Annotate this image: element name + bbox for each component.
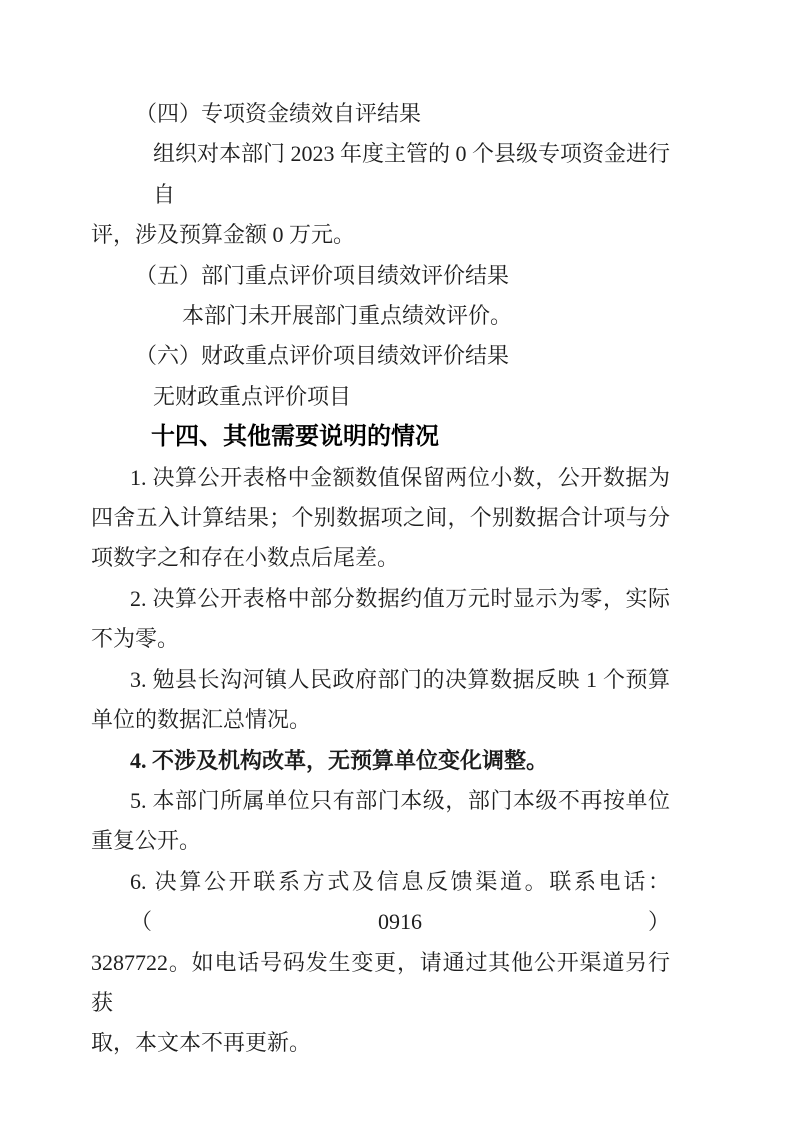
- text-line: 3. 勉县长沟河镇人民政府部门的决算数据反映 1 个预算: [91, 660, 670, 700]
- text-line: 5. 本部门所属单位只有部门本级，部门本级不再按单位: [91, 781, 670, 821]
- para-special-fund-self-eval: 组织对本部门 2023 年度主管的 0 个县级专项资金进行自评，涉及预算金额 0…: [91, 134, 670, 255]
- note-4-no-reform: 4. 不涉及机构改革，无预算单位变化调整。: [91, 741, 670, 781]
- note-5-no-duplicate: 5. 本部门所属单位只有部门本级，部门本级不再按单位重复公开。: [91, 781, 670, 862]
- text-line: （四）专项资金绩效自评结果: [91, 94, 670, 134]
- subheading-section-5: （五）部门重点评价项目绩效评价结果: [91, 256, 670, 296]
- text-line: 2. 决算公开表格中部分数据约值万元时显示为零，实际: [91, 579, 670, 619]
- text-line: 3287722。如电话号码发生变更，请通过其他公开渠道另行获: [91, 943, 670, 1024]
- text-line: 无财政重点评价项目: [91, 377, 670, 417]
- text-line: 十四、其他需要说明的情况: [91, 417, 670, 457]
- text-line: 四舍五入计算结果；个别数据项之间，个别数据合计项与分: [91, 498, 670, 538]
- note-3-budget-units: 3. 勉县长沟河镇人民政府部门的决算数据反映 1 个预算单位的数据汇总情况。: [91, 660, 670, 741]
- text-line: 重复公开。: [91, 821, 670, 861]
- text-line: 单位的数据汇总情况。: [91, 700, 670, 740]
- subheading-section-6: （六）财政重点评价项目绩效评价结果: [91, 336, 670, 376]
- text-line: 6. 决算公开联系方式及信息反馈渠道。联系电话：（0916）: [91, 862, 670, 943]
- chapter-heading-14: 十四、其他需要说明的情况: [91, 417, 670, 457]
- note-2-zero-display: 2. 决算公开表格中部分数据约值万元时显示为零，实际不为零。: [91, 579, 670, 660]
- note-1-rounding: 1. 决算公开表格中金额数值保留两位小数，公开数据为四舍五入计算结果；个别数据项…: [91, 458, 670, 579]
- text-line: 项数字之和存在小数点后尾差。: [91, 538, 670, 578]
- text-line: 4. 不涉及机构改革，无预算单位变化调整。: [91, 741, 670, 781]
- text-line: 组织对本部门 2023 年度主管的 0 个县级专项资金进行自: [91, 134, 670, 215]
- text-line: 本部门未开展部门重点绩效评价。: [91, 296, 670, 336]
- para-no-fiscal-key-eval: 无财政重点评价项目: [91, 377, 670, 417]
- text-line: 取，本文本不再更新。: [91, 1023, 670, 1063]
- document-body: （四）专项资金绩效自评结果组织对本部门 2023 年度主管的 0 个县级专项资金…: [91, 94, 670, 1064]
- document-page: （四）专项资金绩效自评结果组织对本部门 2023 年度主管的 0 个县级专项资金…: [0, 0, 793, 1122]
- text-line: 评，涉及预算金额 0 万元。: [91, 215, 670, 255]
- text-line: 1. 决算公开表格中金额数值保留两位小数，公开数据为: [91, 458, 670, 498]
- note-6-contact: 6. 决算公开联系方式及信息反馈渠道。联系电话：（0916）3287722。如电…: [91, 862, 670, 1064]
- text-line: 不为零。: [91, 619, 670, 659]
- text-line: （六）财政重点评价项目绩效评价结果: [91, 336, 670, 376]
- text-line: （五）部门重点评价项目绩效评价结果: [91, 256, 670, 296]
- para-no-department-key-eval: 本部门未开展部门重点绩效评价。: [91, 296, 670, 336]
- subheading-section-4: （四）专项资金绩效自评结果: [91, 94, 670, 134]
